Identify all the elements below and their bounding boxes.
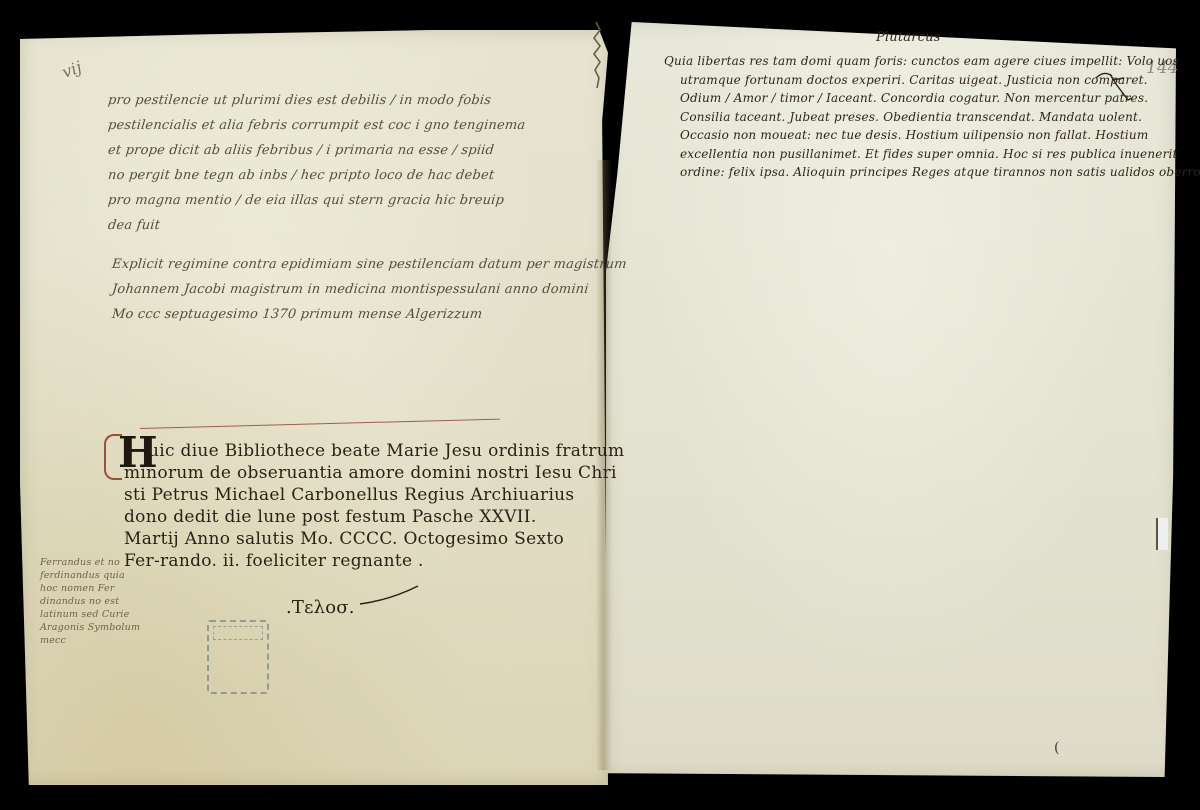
text-line: dea fuit xyxy=(107,213,527,238)
paper-tab xyxy=(1156,518,1168,550)
marginal-note: Ferrandus et no ferdinandus quia hoc nom… xyxy=(40,556,140,647)
text-line: dinandus no est xyxy=(40,595,140,608)
text-line: Martij Anno salutis Mo. CCCC. Octogesimo… xyxy=(124,528,624,550)
library-stamp xyxy=(207,620,269,694)
text-line: Odium / Amor / timor / Iaceant. Concordi… xyxy=(664,89,1200,108)
text-line: Aragonis Symbolum xyxy=(40,621,140,634)
text-line: Ferrandus et no xyxy=(40,556,140,569)
text-line: no pergit bne tegn ab inbs / hec pripto … xyxy=(107,163,527,188)
text-line: hoc nomen Fer xyxy=(40,582,140,595)
explicit-block: Explicit regimine contra epidimiam sine … xyxy=(112,252,627,327)
text-line: Consilia taceant. Jubeat preses. Obedien… xyxy=(664,108,1200,127)
torn-edge-icon xyxy=(590,20,604,90)
text-line: ordine: felix ipsa. Alioquin principes R… xyxy=(664,163,1200,182)
flourish-icon xyxy=(360,584,420,608)
text-line: Johannem Jacobi magistrum in medicina mo… xyxy=(111,277,628,302)
text-line: Mo ccc septuagesimo 1370 primum mense Al… xyxy=(111,302,628,327)
text-line: dono dedit die lune post festum Pasche X… xyxy=(124,506,624,528)
text-line: et prope dicit ab aliis febribus / i pri… xyxy=(107,138,527,163)
plutarch-text-block: Quia libertas res tam domi quam foris: c… xyxy=(664,52,1200,182)
text-line: pro pestilencie ut plurimi dies est debi… xyxy=(107,88,527,113)
text-line: pro magna mentio / de eia illas qui ster… xyxy=(107,188,527,213)
text-line: mecc xyxy=(40,634,140,647)
text-line: ferdinandus quia xyxy=(40,569,140,582)
text-line: Occasio non moueat: nec tue desis. Hosti… xyxy=(664,126,1200,145)
text-line: minorum de obseruantia amore domini nost… xyxy=(124,462,624,484)
text-line: Fer-rando. ii. foeliciter regnante . xyxy=(124,550,624,572)
text-line: pestilencialis et alia febris corrumpit … xyxy=(107,113,527,138)
text-line: sti Petrus Michael Carbonellus Regius Ar… xyxy=(124,484,624,506)
text-line: Quia libertas res tam domi quam foris: c… xyxy=(664,52,1200,71)
text-line: uic diue Bibliothece beate Marie Jesu or… xyxy=(124,440,624,462)
text-line: utramque fortunam doctos experiri. Carit… xyxy=(664,71,1200,90)
telos-word: .Τελοσ. xyxy=(286,597,355,618)
page-heading: Plutarcus xyxy=(876,30,941,45)
bottom-mark: ( xyxy=(1054,740,1060,756)
text-line: Explicit regimine contra epidimiam sine … xyxy=(111,252,628,277)
text-line: latinum sed Curie xyxy=(40,608,140,621)
colophon-block: uic diue Bibliothece beate Marie Jesu or… xyxy=(124,440,624,572)
text-line: excellentia non pusillanimet. Et fides s… xyxy=(664,145,1200,164)
cursive-text-block: pro pestilencie ut plurimi dies est debi… xyxy=(108,88,525,238)
